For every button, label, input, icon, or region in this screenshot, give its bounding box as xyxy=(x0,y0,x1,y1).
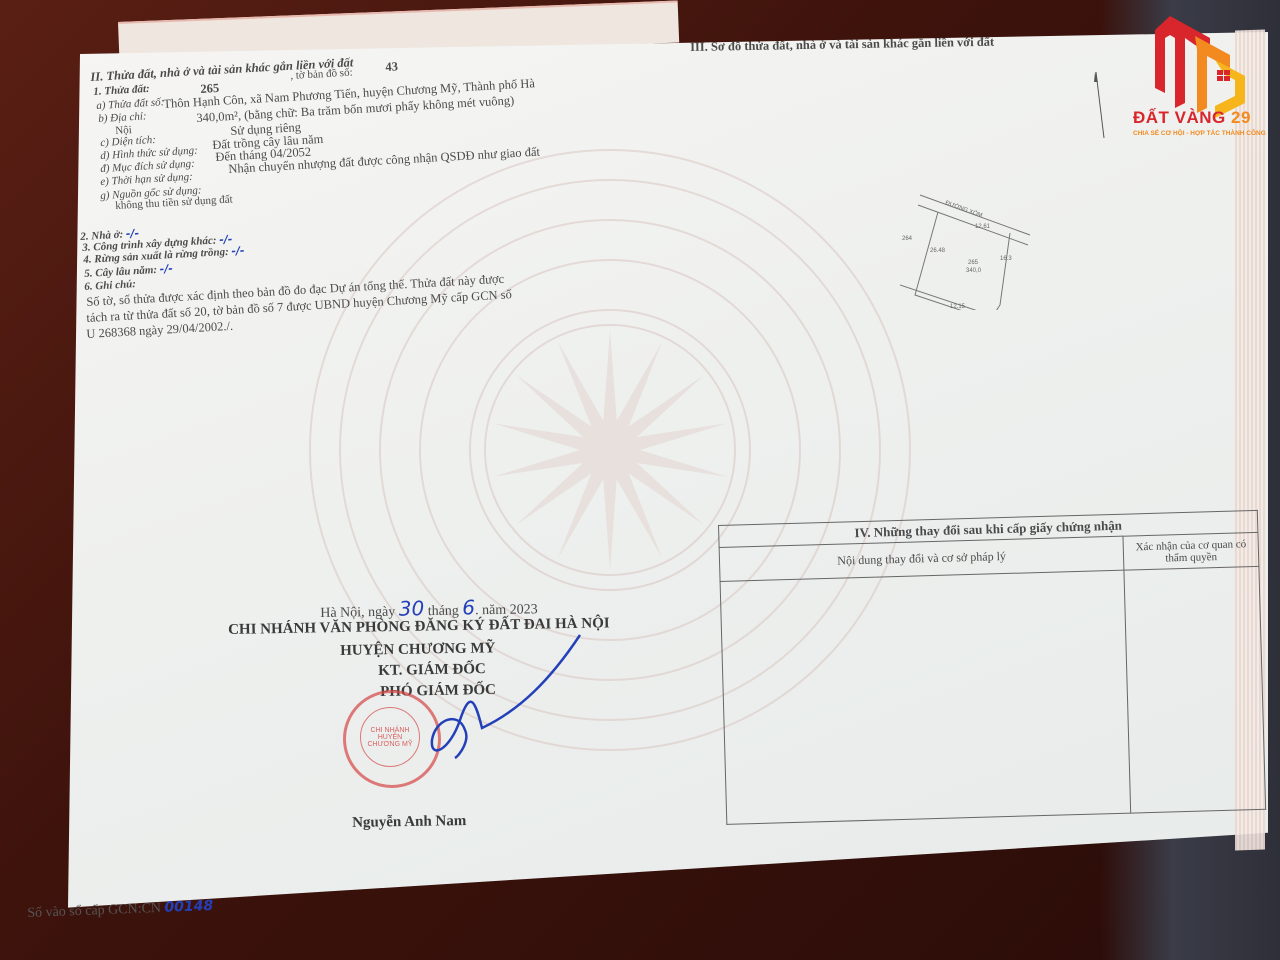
svg-text:265: 265 xyxy=(968,260,979,266)
logo-tagline: CHIA SẺ CƠ HỘI - HỢP TÁC THÀNH CÔNG xyxy=(1133,130,1266,137)
handwritten-signature xyxy=(410,630,600,780)
map-sheet-value: 43 xyxy=(385,59,398,75)
logo-brand-text: ĐẤT VÀNG 29 xyxy=(1133,108,1251,128)
signer-name: Nguyễn Anh Nam xyxy=(352,813,466,832)
svg-text:26.48: 26.48 xyxy=(930,248,946,254)
changes-cell-content xyxy=(720,570,1131,824)
north-arrow-icon xyxy=(1090,70,1110,140)
col-header-confirmation: Xác nhận của cơ quan có thẩm quyền xyxy=(1123,532,1259,570)
changes-cell-confirmation xyxy=(1124,566,1265,813)
svg-text:340,0: 340,0 xyxy=(966,268,982,274)
svg-text:264: 264 xyxy=(902,236,913,242)
svg-text:16.3: 16.3 xyxy=(1000,256,1012,262)
changes-table: IV. Những thay đổi sau khi cấp giấy chứn… xyxy=(718,510,1266,825)
svg-text:12.15: 12.15 xyxy=(950,304,966,310)
svg-text:12.61: 12.61 xyxy=(975,224,991,230)
parcel-diagram: ĐƯỜNG XÓM 12.61 265 340,0 264 12.15 26.4… xyxy=(900,190,1050,310)
